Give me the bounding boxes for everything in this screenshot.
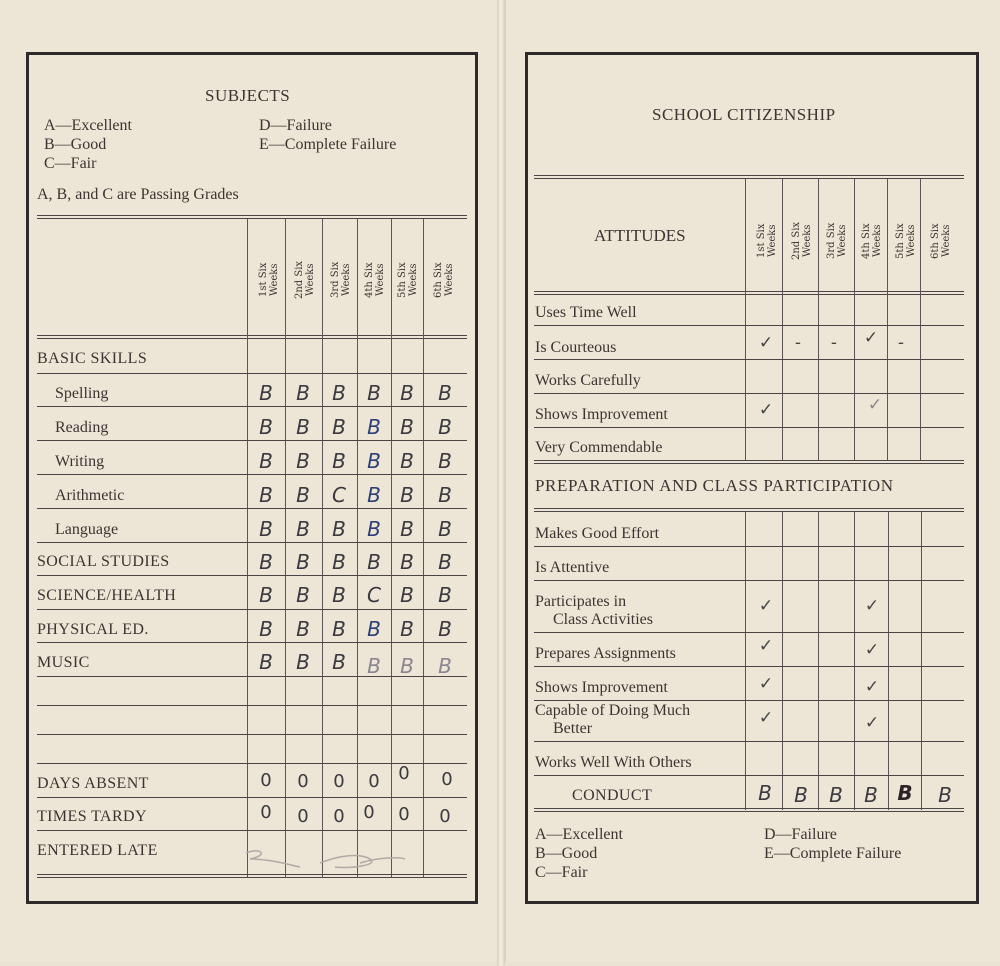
check-mark: ✓ bbox=[749, 333, 783, 353]
row-rule bbox=[534, 546, 964, 547]
grade-cell: B bbox=[249, 517, 283, 541]
page-fold bbox=[497, 0, 505, 966]
grade-cell: B bbox=[322, 415, 356, 439]
grade-cell: B bbox=[286, 483, 320, 507]
participation-shows-improvement: Shows Improvement bbox=[535, 679, 668, 697]
table-bottom-rule bbox=[534, 808, 964, 812]
conduct-grade: B bbox=[748, 781, 782, 805]
grade-cell: B bbox=[322, 449, 356, 473]
row-label-physical-ed: PHYSICAL ED. bbox=[37, 621, 149, 639]
citizenship-page: SCHOOL CITIZENSHIP ATTITUDES 1st Six Wee… bbox=[505, 0, 1000, 962]
check-mark: ✓ bbox=[749, 636, 783, 656]
row-rule bbox=[37, 474, 467, 475]
column-header-4: 4th Six Weeks bbox=[364, 250, 386, 310]
column-header-2: 2nd Six Weeks bbox=[791, 210, 813, 272]
column-divider bbox=[423, 219, 424, 877]
dash-mark: - bbox=[817, 333, 851, 353]
row-label-reading: Reading bbox=[55, 419, 108, 437]
passing-note: A, B, and C are Passing Grades bbox=[37, 185, 239, 204]
times-tardy-cell: 0 bbox=[249, 802, 283, 823]
times-tardy-cell: 0 bbox=[286, 806, 320, 827]
times-tardy-cell: 0 bbox=[322, 806, 356, 827]
grade-cell: B bbox=[357, 415, 391, 439]
legend-b: B—Good bbox=[535, 844, 597, 863]
grade-cell: B bbox=[428, 381, 462, 405]
row-rule bbox=[534, 632, 964, 633]
column-divider bbox=[818, 179, 819, 461]
grade-cell: B bbox=[428, 617, 462, 641]
participation-capable: Capable of Doing Much bbox=[535, 702, 690, 720]
scribble-mark bbox=[240, 845, 410, 875]
column-header-6: 6th Six Weeks bbox=[930, 210, 952, 272]
conduct-grade: B bbox=[819, 783, 853, 807]
grade-cell: B bbox=[286, 650, 320, 674]
section-rule bbox=[534, 508, 964, 512]
grade-cell: B bbox=[322, 617, 356, 641]
row-rule bbox=[534, 700, 964, 701]
times-tardy-cell: 0 bbox=[428, 806, 462, 827]
legend-e: E—Complete Failure bbox=[259, 135, 396, 154]
grade-cell: B bbox=[249, 650, 283, 674]
column-divider bbox=[745, 179, 746, 461]
grade-cell: B bbox=[286, 381, 320, 405]
grade-cell: C bbox=[322, 483, 356, 507]
column-header-6: 6th Six Weeks bbox=[433, 250, 455, 310]
row-rule bbox=[37, 609, 467, 610]
check-mark: ✓ bbox=[858, 395, 892, 415]
row-rule bbox=[534, 393, 964, 394]
legend-c: C—Fair bbox=[44, 154, 96, 173]
column-header-1: 1st Six Weeks bbox=[258, 250, 280, 310]
grade-cell: B bbox=[390, 550, 424, 574]
row-label-social-studies: SOCIAL STUDIES bbox=[37, 553, 170, 571]
table-top-rule bbox=[534, 175, 964, 179]
check-mark: ✓ bbox=[854, 328, 888, 348]
grade-cell: B bbox=[286, 617, 320, 641]
row-rule bbox=[37, 642, 467, 643]
column-header-2: 2nd Six Weeks bbox=[294, 250, 316, 310]
grade-cell: B bbox=[390, 381, 424, 405]
grade-cell: B bbox=[286, 517, 320, 541]
days-absent-cell: 0 bbox=[387, 763, 421, 784]
column-header-3: 3rd Six Weeks bbox=[826, 210, 848, 272]
table-bottom-rule bbox=[37, 874, 467, 878]
row-label-language: Language bbox=[55, 521, 118, 539]
check-mark: ✓ bbox=[855, 640, 889, 660]
legend-d: D—Failure bbox=[764, 825, 837, 844]
row-rule bbox=[37, 676, 467, 677]
dash-mark: - bbox=[884, 333, 918, 353]
grade-cell: B bbox=[249, 415, 283, 439]
days-absent-cell: 0 bbox=[430, 769, 464, 790]
conduct-grade: B bbox=[928, 783, 962, 807]
row-rule bbox=[37, 508, 467, 509]
row-rule bbox=[37, 542, 467, 543]
grade-cell: B bbox=[357, 483, 391, 507]
grade-cell: B bbox=[357, 517, 391, 541]
column-header-5: 5th Six Weeks bbox=[895, 210, 917, 272]
grade-cell: B bbox=[390, 617, 424, 641]
row-rule bbox=[37, 406, 467, 407]
attitude-works-carefully: Works Carefully bbox=[535, 372, 641, 390]
table-top-rule bbox=[37, 215, 467, 219]
conduct-grade: B bbox=[784, 783, 818, 807]
grade-cell: B bbox=[249, 583, 283, 607]
column-divider bbox=[745, 512, 746, 810]
days-absent-cell: 0 bbox=[357, 771, 391, 792]
grade-cell: B bbox=[428, 654, 462, 678]
participation-works-well: Works Well With Others bbox=[535, 754, 692, 772]
row-rule bbox=[534, 359, 964, 360]
grade-cell: B bbox=[357, 617, 391, 641]
grade-cell: B bbox=[322, 550, 356, 574]
row-label-science-health: SCIENCE/HEALTH bbox=[37, 587, 176, 605]
grade-cell: B bbox=[428, 415, 462, 439]
row-label-writing: Writing bbox=[55, 453, 104, 471]
column-divider bbox=[920, 179, 921, 461]
legend-e: E—Complete Failure bbox=[764, 844, 901, 863]
check-mark: ✓ bbox=[749, 596, 783, 616]
column-divider bbox=[921, 512, 922, 810]
grade-cell: B bbox=[249, 381, 283, 405]
grade-cell: B bbox=[286, 583, 320, 607]
legend-d: D—Failure bbox=[259, 116, 332, 135]
header-bottom-rule bbox=[534, 291, 964, 295]
grade-cell: B bbox=[390, 654, 424, 678]
row-rule bbox=[534, 427, 964, 428]
grade-cell: B bbox=[322, 650, 356, 674]
section-basic-skills: BASIC SKILLS bbox=[37, 350, 147, 368]
column-header-1: 1st Six Weeks bbox=[756, 210, 778, 272]
check-mark: ✓ bbox=[855, 677, 889, 697]
times-tardy-cell: 0 bbox=[352, 802, 386, 823]
days-absent-cell: 0 bbox=[322, 771, 356, 792]
attitudes-header: ATTITUDES bbox=[594, 226, 686, 246]
grade-cell: B bbox=[249, 617, 283, 641]
grade-cell: B bbox=[249, 550, 283, 574]
row-rule bbox=[534, 775, 964, 776]
attitude-shows-improvement: Shows Improvement bbox=[535, 406, 668, 424]
row-label-arithmetic: Arithmetic bbox=[55, 487, 124, 505]
conduct-grade: B bbox=[888, 781, 922, 805]
row-rule bbox=[534, 741, 964, 742]
row-rule bbox=[37, 705, 467, 706]
grade-cell: B bbox=[286, 415, 320, 439]
column-divider bbox=[854, 179, 855, 461]
grade-cell: B bbox=[428, 517, 462, 541]
grade-cell: B bbox=[322, 381, 356, 405]
grade-cell: B bbox=[322, 517, 356, 541]
row-rule bbox=[37, 734, 467, 735]
grade-cell: B bbox=[249, 483, 283, 507]
grade-cell: B bbox=[357, 654, 391, 678]
row-rule bbox=[37, 440, 467, 441]
grade-cell: B bbox=[428, 449, 462, 473]
legend-a: A—Excellent bbox=[44, 116, 132, 135]
grade-cell: B bbox=[249, 449, 283, 473]
row-rule bbox=[37, 830, 467, 831]
check-mark: ✓ bbox=[749, 400, 783, 420]
grade-cell: B bbox=[428, 583, 462, 607]
row-rule bbox=[37, 797, 467, 798]
grade-cell: B bbox=[428, 550, 462, 574]
participation-participates-line2: Class Activities bbox=[553, 611, 653, 629]
grade-cell: B bbox=[357, 381, 391, 405]
row-label-music: MUSIC bbox=[37, 654, 90, 672]
row-rule bbox=[534, 325, 964, 326]
participation-header: PREPARATION AND CLASS PARTICIPATION bbox=[535, 476, 894, 496]
attitude-uses-time-well: Uses Time Well bbox=[535, 304, 637, 322]
participation-prepares-assignments: Prepares Assignments bbox=[535, 645, 676, 663]
grade-cell: B bbox=[357, 550, 391, 574]
grade-cell: B bbox=[390, 415, 424, 439]
grade-cell: B bbox=[390, 483, 424, 507]
row-label-spelling: Spelling bbox=[55, 385, 108, 403]
grade-cell: B bbox=[390, 449, 424, 473]
check-mark: ✓ bbox=[855, 713, 889, 733]
subjects-page: SUBJECTS A—Excellent B—Good C—Fair D—Fai… bbox=[0, 0, 498, 962]
check-mark: ✓ bbox=[749, 708, 783, 728]
participation-participates: Participates in bbox=[535, 593, 626, 611]
grade-cell: B bbox=[428, 483, 462, 507]
column-header-3: 3rd Six Weeks bbox=[330, 250, 352, 310]
conduct-label: CONDUCT bbox=[572, 787, 652, 805]
legend-c: C—Fair bbox=[535, 863, 587, 882]
column-divider bbox=[818, 512, 819, 810]
grade-cell: B bbox=[357, 449, 391, 473]
attitude-very-commendable: Very Commendable bbox=[535, 439, 663, 457]
participation-capable-line2: Better bbox=[553, 720, 592, 738]
check-mark: ✓ bbox=[749, 674, 783, 694]
row-rule bbox=[534, 580, 964, 581]
days-absent-cell: 0 bbox=[249, 770, 283, 791]
grade-cell: B bbox=[390, 583, 424, 607]
header-bottom-rule bbox=[37, 335, 467, 339]
check-mark: ✓ bbox=[855, 596, 889, 616]
grade-cell: B bbox=[286, 550, 320, 574]
column-divider bbox=[854, 512, 855, 810]
times-tardy-cell: 0 bbox=[387, 804, 421, 825]
grade-cell: C bbox=[357, 583, 391, 607]
grade-cell: B bbox=[322, 583, 356, 607]
column-divider bbox=[247, 219, 248, 877]
citizenship-title: SCHOOL CITIZENSHIP bbox=[652, 105, 836, 125]
column-divider bbox=[888, 512, 889, 810]
grade-cell: B bbox=[286, 449, 320, 473]
conduct-grade: B bbox=[854, 783, 888, 807]
attitude-is-courteous: Is Courteous bbox=[535, 339, 616, 357]
column-divider bbox=[887, 179, 888, 461]
subjects-title: SUBJECTS bbox=[205, 86, 290, 106]
legend-a: A—Excellent bbox=[535, 825, 623, 844]
participation-makes-good-effort: Makes Good Effort bbox=[535, 525, 659, 543]
section-rule bbox=[534, 460, 964, 464]
days-absent-cell: 0 bbox=[286, 771, 320, 792]
legend-b: B—Good bbox=[44, 135, 106, 154]
days-absent-label: DAYS ABSENT bbox=[37, 775, 149, 793]
row-rule bbox=[37, 575, 467, 576]
entered-late-label: ENTERED LATE bbox=[37, 842, 158, 860]
column-header-4: 4th Six Weeks bbox=[861, 210, 883, 272]
grade-cell: B bbox=[390, 517, 424, 541]
column-divider bbox=[782, 512, 783, 810]
times-tardy-label: TIMES TARDY bbox=[37, 808, 147, 826]
row-rule bbox=[37, 373, 467, 374]
row-rule bbox=[534, 666, 964, 667]
dash-mark: - bbox=[781, 333, 815, 353]
participation-is-attentive: Is Attentive bbox=[535, 559, 609, 577]
column-header-5: 5th Six Weeks bbox=[397, 250, 419, 310]
